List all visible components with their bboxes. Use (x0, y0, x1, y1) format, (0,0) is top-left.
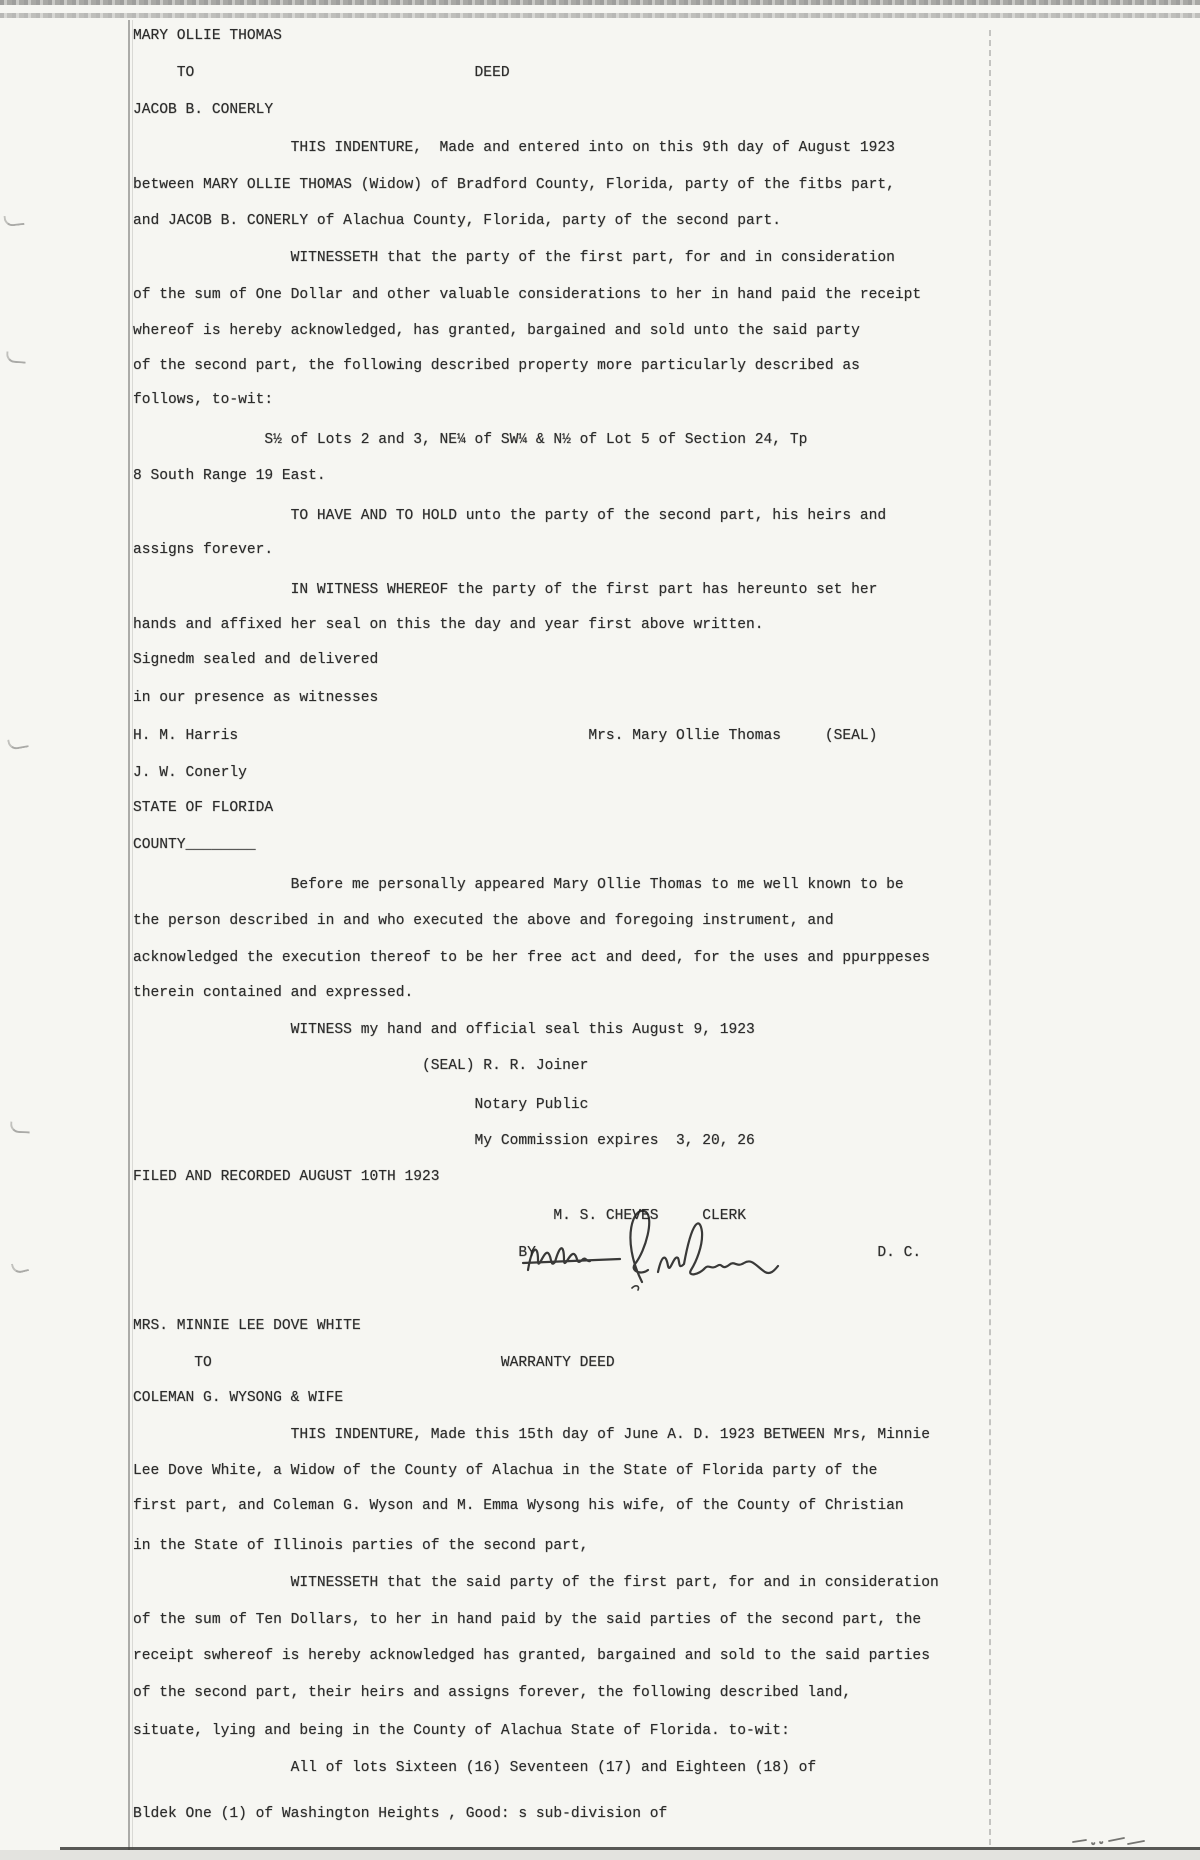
text-line: Signedm sealed and delivered (133, 652, 378, 669)
text-line: IN WITNESS WHEREOF the party of the firs… (133, 582, 877, 599)
text-line: therein contained and expressed. (133, 985, 413, 1002)
witness-and-seal-line: H. M. Harris Mrs. Mary Ollie Thomas (SEA… (133, 728, 877, 745)
text-line: of the second part, their heirs and assi… (133, 1685, 851, 1702)
text-line: in our presence as witnesses (133, 690, 378, 707)
text-line: and JACOB B. CONERLY of Alachua County, … (133, 213, 781, 230)
text-line: whereof is hereby acknowledged, has gran… (133, 323, 860, 340)
left-margin-rule (128, 20, 130, 1852)
text-line: hands and affixed her seal on this the d… (133, 617, 764, 634)
page-top-edge (0, 0, 1200, 5)
gutter-pencil-mark (6, 351, 27, 363)
to-and-deed-label: TO DEED (133, 65, 510, 82)
text-line: WITNESSETH that the said party of the fi… (133, 1575, 939, 1592)
text-line: in the State of Illinois parties of the … (133, 1538, 588, 1555)
text-line: of the sum of One Dollar and other valua… (133, 287, 921, 304)
right-margin-rule (989, 30, 991, 1845)
text-line: of the second part, the following descri… (133, 358, 860, 375)
county-blank: COUNTY________ (133, 837, 256, 854)
commission-expiry: My Commission expires 3, 20, 26 (133, 1133, 755, 1150)
text-line: receipt swhereof is hereby acknowledged … (133, 1648, 930, 1665)
text-line: assigns forever. (133, 542, 273, 559)
text-line: acknowledged the execution thereof to be… (133, 950, 930, 967)
grantee-name: COLEMAN G. WYSONG & WIFE (133, 1390, 343, 1407)
grantor-name: MRS. MINNIE LEE DOVE WHITE (133, 1318, 361, 1335)
grantor-name: MARY OLLIE THOMAS (133, 28, 282, 45)
gutter-pencil-mark (11, 1260, 29, 1275)
witness-name: J. W. Conerly (133, 765, 247, 782)
clerk-signature (520, 1198, 785, 1293)
text-line: the person described in and who executed… (133, 913, 834, 930)
text-line: THIS INDENTURE, Made this 15th day of Ju… (133, 1427, 930, 1444)
legal-description-2: 8 South Range 19 East. (133, 468, 326, 485)
gutter-pencil-mark (10, 1121, 31, 1133)
text-line: TO HAVE AND TO HOLD unto the party of th… (133, 508, 886, 525)
legal-description: S½ of Lots 2 and 3, NE¼ of SW¼ & N½ of L… (133, 432, 807, 449)
to-and-deed-label: TO WARRANTY DEED (133, 1355, 615, 1372)
gutter-pencil-mark (7, 736, 29, 750)
legal-description-2: Bldek One (1) of Washington Heights , Go… (133, 1806, 667, 1823)
text-line: THIS INDENTURE, Made and entered into on… (133, 140, 895, 157)
filed-recorded-line: FILED AND RECORDED AUGUST 10TH 1923 (133, 1169, 440, 1186)
text-line: Before me personally appeared Mary Ollie… (133, 877, 904, 894)
notary-seal-line: (SEAL) R. R. Joiner (133, 1058, 588, 1075)
pencil-scribble (1070, 1828, 1156, 1854)
legal-description: All of lots Sixteen (16) Seventeen (17) … (133, 1760, 816, 1777)
state-heading: STATE OF FLORIDA (133, 800, 273, 817)
text-line: WITNESS my hand and official seal this A… (133, 1022, 755, 1039)
text-line: first part, and Coleman G. Wyson and M. … (133, 1498, 904, 1515)
grantee-name: JACOB B. CONERLY (133, 102, 273, 119)
text-line: Lee Dove White, a Widow of the County of… (133, 1463, 877, 1480)
text-line: follows, to-wit: (133, 392, 273, 409)
text-line: WITNESSETH that the party of the first p… (133, 250, 895, 267)
text-line: of the sum of Ten Dollars, to her in han… (133, 1612, 921, 1629)
page-top-edge-2 (0, 13, 1200, 18)
deed-book-page: MARY OLLIE THOMAS TO DEED JACOB B. CONER… (0, 0, 1200, 1860)
notary-title: Notary Public (133, 1097, 588, 1114)
page-bottom-shade (0, 1850, 1200, 1860)
text-line: between MARY OLLIE THOMAS (Widow) of Bra… (133, 177, 895, 194)
gutter-pencil-mark (3, 214, 24, 227)
text-line: situate, lying and being in the County o… (133, 1723, 790, 1740)
